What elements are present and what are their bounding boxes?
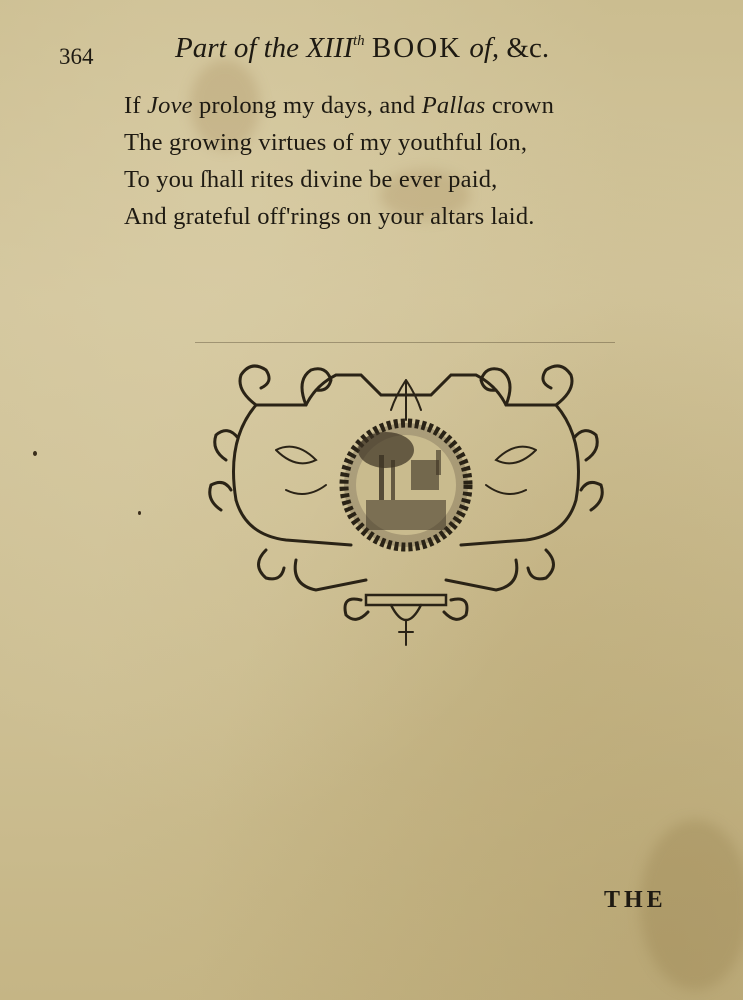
head-word-book: BOOK [372,32,462,64]
verse-text: If [124,92,147,119]
verse-text-italic: Jove [147,92,193,119]
head-numeral: XIII [306,32,353,64]
head-etc: &c. [506,32,549,64]
head-numeral-suffix: th [353,33,365,49]
ink-speck [33,451,37,456]
verse-text: crown [486,92,555,119]
head-word-of: of [234,32,257,64]
verse-text: The growing virtues of my youthful ſon, [124,129,527,156]
verse-block: If Jove prolong my days, and Pallas crow… [124,87,644,235]
head-word-part: Part [175,32,227,64]
verse-text: And grateful off'rings on your altars la… [124,203,535,230]
verse-line: And grateful off'rings on your altars la… [124,198,644,235]
page-number: 364 [59,44,94,70]
verse-line: If Jove prolong my days, and Pallas crow… [124,87,644,124]
book-page: 364 Part of the XIIIth BOOK of, &c. If J… [0,0,743,1000]
verse-text: prolong my days, and [193,92,422,119]
head-word-of2: of, [469,32,499,64]
verse-text: To you ſhall rites divine be ever paid, [124,166,497,193]
running-head: 364 Part of the XIIIth BOOK of, &c. [0,30,743,70]
verse-line: To you ſhall rites divine be ever paid, [124,161,644,198]
page-number-text: 364 [59,44,94,69]
ink-speck [138,511,141,515]
verse-text-italic: Pallas [422,92,486,119]
running-head-title: Part of the XIIIth BOOK of, &c. [175,32,549,65]
head-word-the: the [264,32,299,64]
tailpiece-ornament-icon [196,350,616,650]
catchword: THE [604,887,667,914]
verse-line: The growing virtues of my youthful ſon, [124,124,644,161]
plate-impression-line [195,342,615,343]
